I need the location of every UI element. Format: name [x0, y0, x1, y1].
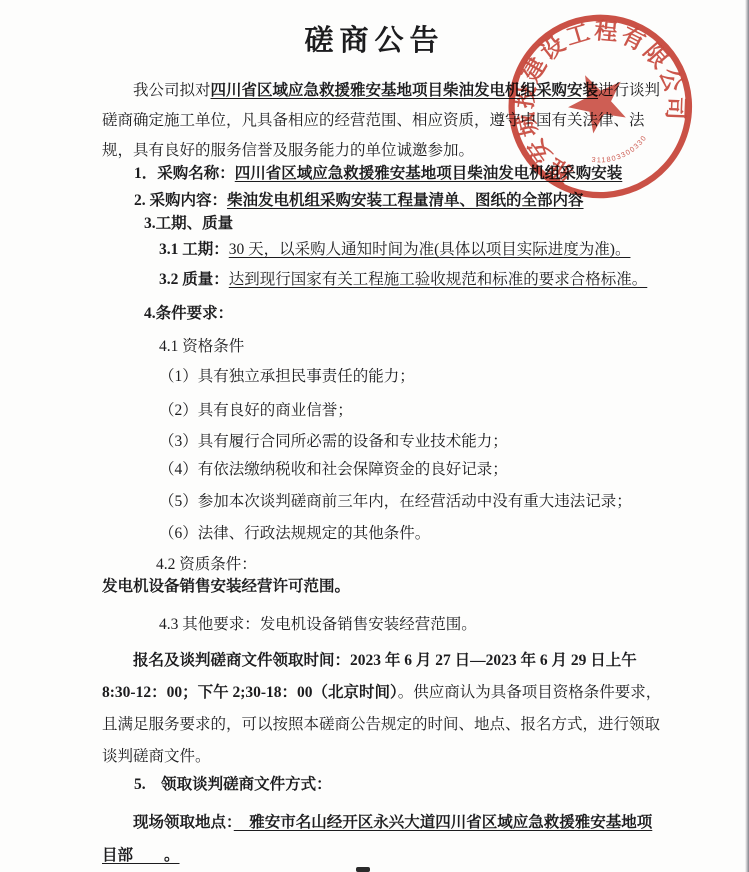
condition-item: （3）具有履行合同所必需的设备和专业技术能力； [102, 431, 662, 453]
registration-paragraph: 报名及谈判磋商文件领取时间：2023 年 6 月 27 日—2023 年 6 月… [102, 645, 662, 773]
condition-item: （6）法律、行政法规规定的其他条件。 [102, 523, 662, 545]
schedule-heading: 3.工期、质量 [102, 213, 662, 235]
purchase-name-line: 1．采购名称：四川省区域应急救援雅安基地项目柴油发电机组采购安装 [102, 163, 662, 185]
purchase-content-line: 2. 采购内容：柴油发电机组采购安装工程量清单、图纸的全部内容 [102, 190, 662, 212]
scan-edge-shadow [745, 0, 749, 872]
other-requirements-line: 4.3 其他要求：发电机设备销售安装经营范围。 [102, 614, 662, 636]
purchase-content-label: 2. 采购内容： [134, 192, 227, 209]
quality-value: 达到现行国家有关工程施工验收规范和标准的要求合格标准。 [229, 271, 648, 288]
condition-item: （4）有依法缴纳税收和社会保障资金的良好记录； [102, 459, 662, 481]
page-number-mark [356, 867, 370, 872]
purchase-name-label: 1．采购名称： [134, 165, 235, 182]
document-title: 磋商公告 [0, 18, 749, 59]
pickup-location-label: 现场领取地点： [133, 814, 234, 831]
pickup-method-heading: 5. 领取谈判磋商文件方式： [102, 774, 662, 796]
registration-label: 报名及谈判磋商文件领取时间： [133, 652, 350, 669]
duration-value: 30 天，以采购人通知时间为准(具体以项目实际进度为准)。 [229, 241, 631, 258]
quality-line: 3.2 质量：达到现行国家有关工程施工验收规范和标准的要求合格标准。 [102, 269, 662, 291]
intro-project-name: 四川省区域应急救援雅安基地项目柴油发电机组采购安装 [211, 82, 599, 99]
duration-label: 3.1 工期： [159, 241, 229, 258]
document-page: 磋商公告 我公司拟对四川省区域应急救援雅安基地项目柴油发电机组采购安装进行谈判磋… [0, 0, 749, 872]
intro-paragraph: 我公司拟对四川省区域应急救援雅安基地项目柴油发电机组采购安装进行谈判磋商确定施工… [102, 76, 662, 166]
duration-line: 3.1 工期：30 天，以采购人通知时间为准(具体以项目实际进度为准)。 [102, 239, 662, 261]
credential-heading: 4.2 资质条件： [102, 554, 662, 576]
purchase-name-value: 四川省区域应急救援雅安基地项目柴油发电机组采购安装 [235, 165, 623, 182]
condition-item: （2）具有良好的商业信誉； [102, 400, 662, 422]
credential-scope-line: 发电机设备销售安装经营许可范围。 [102, 576, 662, 598]
condition-item: （5）参加本次谈判磋商前三年内，在经营活动中没有重大违法记录； [102, 491, 662, 513]
qualification-heading: 4.1 资格条件 [102, 336, 662, 358]
intro-prefix: 我公司拟对 [133, 82, 211, 99]
purchase-content-value: 柴油发电机组采购安装工程量清单、图纸的全部内容 [227, 192, 584, 209]
quality-label: 3.2 质量： [159, 271, 229, 288]
pickup-location-line: 现场领取地点： 雅安市名山经开区永兴大道四川省区域应急救援雅安基地项目部 。 [102, 806, 662, 872]
conditions-heading: 4.条件要求： [102, 303, 662, 325]
condition-item: （1）具有独立承担民事责任的能力； [102, 366, 662, 388]
